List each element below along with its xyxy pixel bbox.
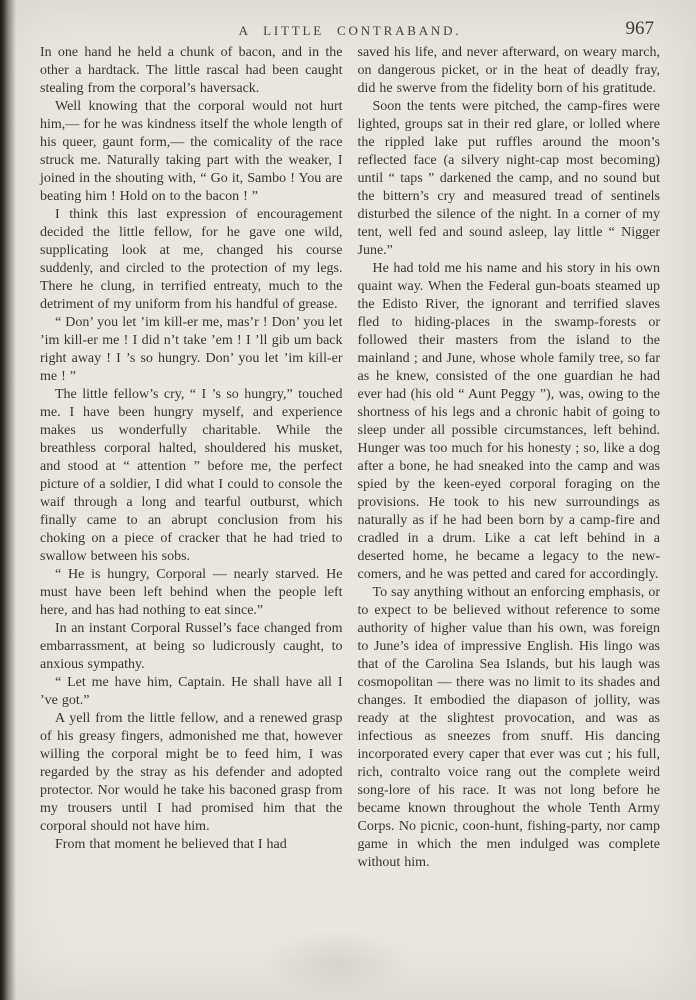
paragraph: To say anything without an enforcing emp… [358, 584, 661, 872]
scan-gutter-shadow [0, 0, 16, 1000]
paragraph: From that moment he believed that I had [40, 836, 343, 854]
page-number: 967 [626, 18, 655, 40]
page-header: A LITTLE CONTRABAND. 967 [40, 18, 660, 42]
paragraph: In one hand he held a chunk of bacon, an… [40, 44, 343, 98]
running-title: A LITTLE CONTRABAND. [40, 18, 660, 39]
paper-stain [262, 928, 412, 1000]
paragraph: “ He is hungry, Corporal — nearly starve… [40, 566, 343, 620]
paragraph: I think this last expression of encourag… [40, 206, 343, 314]
book-page: A LITTLE CONTRABAND. 967 In one hand he … [0, 0, 696, 1000]
paragraph: In an instant Corporal Russel’s face cha… [40, 620, 343, 674]
left-column: In one hand he held a chunk of bacon, an… [40, 44, 343, 872]
text-columns: In one hand he held a chunk of bacon, an… [40, 44, 660, 872]
paragraph: A yell from the little fellow, and a ren… [40, 710, 343, 836]
paragraph: “ Don’ you let ’im kill-er me, mas’r ! D… [40, 314, 343, 386]
paragraph: He had told me his name and his story in… [358, 260, 661, 584]
paragraph: saved his life, and never afterward, on … [358, 44, 661, 98]
right-column: saved his life, and never afterward, on … [358, 44, 661, 872]
paragraph: The little fellow’s cry, “ I ’s so hungr… [40, 386, 343, 566]
paragraph: Soon the tents were pitched, the camp-fi… [358, 98, 661, 260]
paragraph: Well knowing that the corporal would not… [40, 98, 343, 206]
paragraph: “ Let me have him, Captain. He shall hav… [40, 674, 343, 710]
